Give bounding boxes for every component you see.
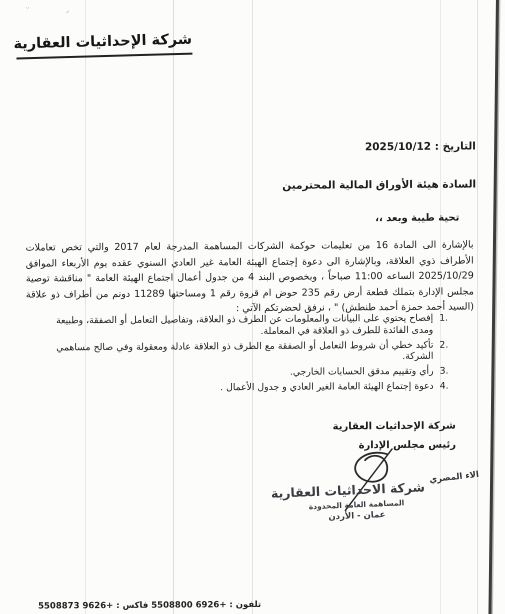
salutation-line: تحية طيبة وبعد ،،: [375, 213, 459, 225]
item-text: دعوة إجتماع الهيئة العامة الغير العادي و…: [57, 381, 434, 395]
date-line: التاريخ : 2025/10/12: [365, 140, 476, 153]
recipient-line: السادة هيئة الأوراق المالية المحترمين: [282, 178, 476, 191]
handwritten-name: الاء المصري: [429, 471, 480, 486]
item-number: 4.: [440, 381, 449, 393]
scanned-letter-page: ᵕ ᐟ شركة الإحداثيات العقارية التاريخ : 2…: [0, 0, 505, 614]
attachment-item: 2. تأكيد خطي أن شروط التعامل أو الصفقة م…: [56, 339, 448, 365]
item-number: 1.: [439, 313, 448, 337]
letter-content: شركة الإحداثيات العقارية التاريخ : 2025/…: [0, 0, 505, 614]
item-number: 3.: [440, 366, 449, 378]
attachments-list: 1. إفصاح يحتوي على البيانات والمعلومات ع…: [56, 313, 449, 399]
footer-contact-line: تلفون : +6926 5508800 فاكس : +9626 55088…: [38, 600, 298, 612]
item-text: إفصاح يحتوي على البيانات والمعلومات عن ا…: [56, 313, 433, 339]
date-label: التاريخ :: [435, 140, 476, 152]
company-stamp: شركة الاحداثيات العقارية المساهمة العامة…: [287, 479, 427, 524]
date-value: 2025/10/12: [365, 141, 431, 153]
item-text: رأي وتقييم مدقق الحسابات الخارجي.: [56, 366, 433, 380]
attachment-item: 4. دعوة إجتماع الهيئة العامة الغير العاد…: [57, 381, 449, 396]
body-paragraph: بالإشارة الى المادة 16 من تعليمات حوكمة …: [26, 237, 475, 318]
attachment-item: 3. رأي وتقييم مدقق الحسابات الخارجي.: [56, 366, 448, 381]
item-text: تأكيد خطي أن شروط التعامل أو الصفقة مع ا…: [56, 339, 433, 365]
item-number: 2.: [439, 339, 448, 363]
signature-company: شركة الإحداثيات العقارية: [333, 421, 456, 433]
stamp-company-name: شركة الاحداثيات العقارية: [287, 479, 426, 500]
attachment-item: 1. إفصاح يحتوي على البيانات والمعلومات ع…: [56, 313, 448, 339]
letterhead-company-name: شركة الإحداثيات العقارية: [16, 32, 193, 60]
